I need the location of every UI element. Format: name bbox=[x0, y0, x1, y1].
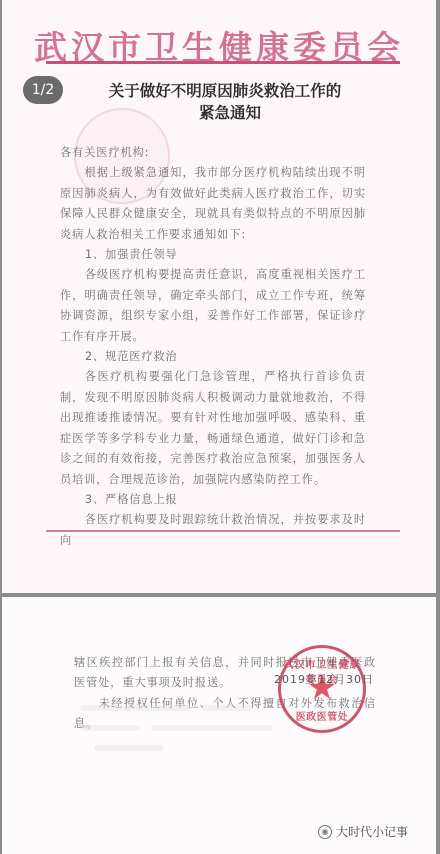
faint-bleedthrough-line bbox=[80, 725, 140, 731]
title-line-2: 紧急通知 bbox=[2, 102, 436, 124]
document-date: 2019年12月30日 bbox=[274, 671, 374, 687]
title-line-1: 关于做好不明原因肺炎救治工作的 bbox=[2, 80, 436, 102]
faint-bleedthrough-line bbox=[152, 725, 272, 731]
intro-paragraph: 根据上级紧急通知，我市部分医疗机构陆续出现不明原因肺炎病人，为有效做好此类病人医… bbox=[60, 163, 366, 245]
faint-bleedthrough-line bbox=[94, 745, 164, 751]
section-heading-3: 3、严格信息上报 bbox=[60, 490, 366, 510]
document-page-2: 辖区疾控部门上报有关信息，并同时报送市卫健委医政医管处，重大事项及时报送。 未经… bbox=[2, 597, 436, 854]
page-indicator-badge: 1/2 bbox=[23, 76, 63, 104]
weibo-icon: ◉ bbox=[318, 825, 332, 839]
red-header-rule bbox=[46, 61, 400, 64]
document-title: 关于做好不明原因肺炎救治工作的 紧急通知 bbox=[2, 80, 436, 124]
red-footer-rule bbox=[46, 530, 400, 532]
section-body-2: 各医疗机构要强化门急诊管理，严格执行首诊负责制，发现不明原因肺炎病人积极调动力量… bbox=[60, 367, 366, 489]
section-heading-1: 1、加强责任领导 bbox=[60, 245, 366, 265]
salutation: 各有关医疗机构: bbox=[60, 143, 366, 163]
section-heading-2: 2、规范医疗救治 bbox=[60, 347, 366, 367]
seal-department-text: 医政医管处 bbox=[281, 708, 363, 723]
section-body-1: 各级医疗机构要提高责任意识，高度重视相关医疗工作，明确责任领导，确定牵头部门，成… bbox=[60, 265, 366, 347]
faint-bleedthrough-line bbox=[202, 705, 252, 711]
weibo-watermark: ◉ 大时代小记事 bbox=[318, 823, 408, 840]
document-viewer: 武汉市卫生健康委员会 关于做好不明原因肺炎救治工作的 紧急通知 各有关医疗机构:… bbox=[0, 0, 440, 854]
faint-bleedthrough-line bbox=[80, 705, 190, 711]
document-page-1: 武汉市卫生健康委员会 关于做好不明原因肺炎救治工作的 紧急通知 各有关医疗机构:… bbox=[2, 0, 436, 593]
official-seal-stamp: 武汉市卫生健康委员会 ★ 医政医管处 bbox=[278, 645, 366, 733]
watermark-text: 大时代小记事 bbox=[336, 823, 408, 840]
document-body: 各有关医疗机构: 根据上级紧急通知，我市部分医疗机构陆续出现不明原因肺炎病人，为… bbox=[60, 143, 366, 551]
